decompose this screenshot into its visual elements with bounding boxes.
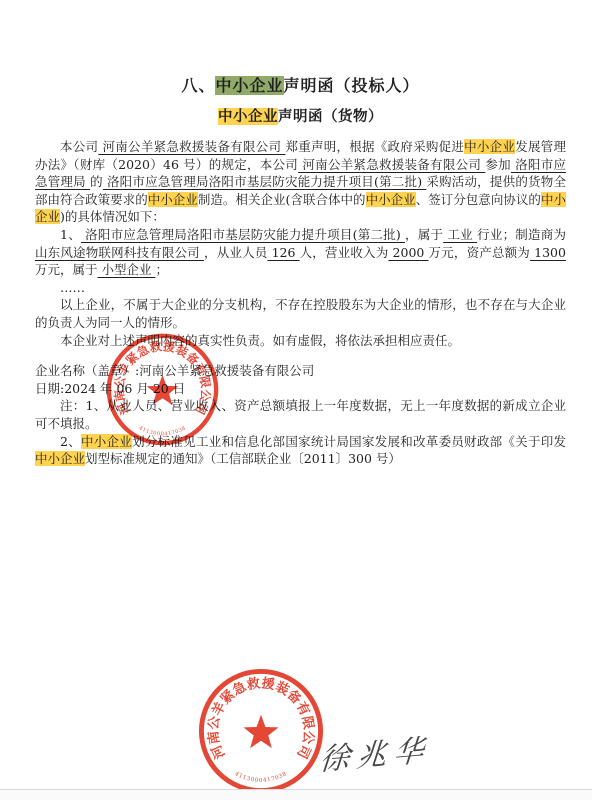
text-run: 郑重声明，根据《政府采购促进	[285, 139, 464, 154]
ellipsis-line: ……	[35, 279, 566, 297]
document-title: 八、中小企业声明函（投标人）	[35, 73, 566, 96]
date-line: 日期:2024 年 06 月 20 日	[35, 380, 566, 398]
text-run: ；	[155, 262, 168, 277]
filled-blank: 1300	[530, 245, 566, 260]
viewer-background	[0, 790, 592, 800]
highlighted-term: 中小企业	[148, 192, 198, 207]
note-1-paragraph: 注：1、从业人员、营业收入、资产总额填报上一年度数据，无上一年度数据的新成立企业…	[35, 397, 566, 432]
text-run: 本企业对上述声明内容的真实性负责。如有虚假，将依法承担相应责任。	[60, 333, 460, 348]
document-subtitle: 中小企业声明函（货物）	[35, 105, 566, 126]
highlighted-term: 中小企业	[464, 139, 515, 154]
highlighted-term: 中小企业	[218, 108, 278, 125]
highlighted-term: 中小企业	[366, 192, 416, 207]
filled-blank: 洛阳市应急管理局洛阳市基层防灾能力提升项目(第二批)	[81, 227, 405, 242]
text-run: 、签订分包意向协议的	[416, 192, 541, 207]
responsibility-paragraph: 本企业对上述声明内容的真实性负责。如有虚假，将依法承担相应责任。	[35, 332, 566, 350]
text-run: 以上企业，不属于大企业的分支机构，不存在控股股东为大企业的情形，也不存在与大企业…	[35, 297, 566, 330]
company-seal-stamp-bottom: 河南公羊紧急救援装备有限公司 4113000417038	[196, 666, 326, 796]
text-run: 行业；制造商为	[477, 227, 566, 242]
document-body: 本公司 河南公羊紧急救援装备有限公司 郑重声明，根据《政府采购促进中小企业发展管…	[35, 138, 566, 468]
filled-blank: 2000	[388, 245, 428, 260]
text-run: 万元，属于	[35, 262, 98, 277]
highlighted-term: 中小企业	[81, 434, 132, 449]
text-run: 本公司	[60, 139, 98, 154]
filled-blank: 工业	[443, 227, 477, 242]
text-run: 参加	[485, 157, 511, 172]
text-run: 万元，资产总额为	[429, 245, 530, 260]
company-name-line: 企业名称（盖章）:河南公羊紧急救援装备有限公司	[35, 362, 566, 380]
svg-text:4113000417038: 4113000417038	[234, 771, 289, 784]
text-run: 的	[90, 174, 103, 189]
text-run: 声明函（投标人）	[284, 76, 420, 95]
filled-blank: 洛阳市应急管理局洛阳市基层防灾能力提升项目(第二批)	[103, 174, 427, 189]
text-run: ……	[60, 280, 85, 295]
filled-blank: 河南公羊紧急救援装备有限公司	[298, 157, 485, 172]
text-run: 1、	[60, 227, 81, 242]
handwritten-signature: 徐兆华	[318, 725, 432, 779]
highlighted-term: 中小企业	[215, 76, 283, 95]
text-run: 企业名称（盖章）:河南公羊紧急救援装备有限公司	[35, 363, 314, 378]
text-run: 声明函（货物）	[278, 108, 383, 125]
text-run: 人，营业收入为	[300, 245, 389, 260]
no-large-enterprise-paragraph: 以上企业，不属于大企业的分支机构，不存在控股股东为大企业的情形，也不存在与大企业…	[35, 296, 566, 331]
item-1-paragraph: 1、 洛阳市应急管理局洛阳市基层防灾能力提升项目(第二批) ，属于 工业 行业；…	[35, 226, 566, 279]
text-run: 日期:2024 年 06 月 20 日	[35, 381, 185, 396]
document-content: 八、中小企业声明函（投标人） 中小企业声明函（货物） 本公司 河南公羊紧急救援装…	[35, 73, 566, 468]
text-run: 划分标准见工业和信息化部国家统计局国家发展和改革委员财政部《关于印发	[132, 434, 566, 449]
text-run: )的具体情况如下：	[60, 209, 165, 224]
filled-blank: 小型企业	[98, 262, 156, 277]
document-page: 八、中小企业声明函（投标人） 中小企业声明函（货物） 本公司 河南公羊紧急救援装…	[0, 0, 592, 800]
svg-text:河南公羊紧急救援装备有限公司: 河南公羊紧急救援装备有限公司	[204, 674, 316, 761]
highlighted-term: 中小企业	[35, 451, 85, 466]
seal-star-icon	[243, 715, 278, 748]
filled-blank: 河南公羊紧急救援装备有限公司	[98, 139, 285, 154]
declaration-paragraph: 本公司 河南公羊紧急救援装备有限公司 郑重声明，根据《政府采购促进中小企业发展管…	[35, 138, 566, 226]
text-run: ，从业人员	[204, 245, 267, 260]
note-2-paragraph: 2、中小企业划分标准见工业和信息化部国家统计局国家发展和改革委员财政部《关于印发…	[35, 433, 566, 468]
text-run: ，属于	[405, 227, 443, 242]
text-run: 2、	[60, 434, 81, 449]
text-run: 划型标准规定的通知》（工信部联企业〔2011〕300 号）	[85, 451, 401, 466]
text-run: 八、	[181, 76, 215, 95]
filled-blank: 山东风途物联网科技有限公司	[35, 245, 204, 260]
filled-blank: 126	[267, 245, 299, 260]
text-run: 制造。相关企业(含联合体中的	[198, 192, 366, 207]
text-run: 注：1、从业人员、营业收入、资产总额填报上一年度数据，无上一年度数据的新成立企业…	[35, 398, 566, 431]
